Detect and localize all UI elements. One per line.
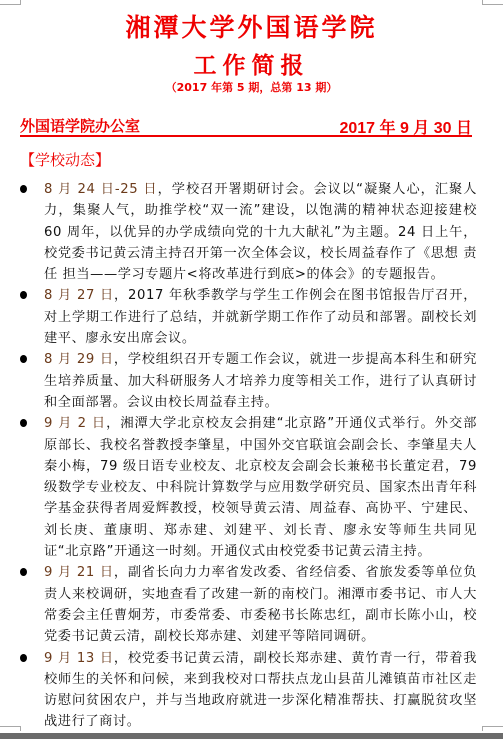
news-date: 8 月 24 日-25 日 [44, 182, 158, 197]
issuer-line: 外国语学院办公室 2017 年 9 月 30 日 [20, 113, 472, 137]
news-date: 8 月 29 日 [44, 352, 114, 367]
news-item: 8 月 24 日-25 日，学校召开署期研讨会。会议以“凝聚人心，汇聚人力，集聚… [0, 179, 503, 285]
crop-mark-top-right [482, 0, 503, 5]
news-text: ，学校召开署期研讨会。会议以“凝聚人心，汇聚人力，集聚人气，助推学校“双一流”建… [44, 182, 477, 282]
crop-mark-bottom-left [0, 726, 21, 731]
issue-number: （2017 年第 5 期，总第 13 期） [0, 79, 503, 95]
news-date: 8 月 27 日 [44, 288, 114, 303]
issuing-office: 外国语学院办公室 [20, 115, 140, 136]
news-date: 9 月 21 日 [44, 565, 114, 580]
news-item: 8 月 29 日，学校组织召开专题工作会议，就进一步提高本科生和研究生培养质量、… [0, 349, 503, 413]
bullet-icon [20, 291, 27, 299]
news-date: 9 月 2 日 [44, 416, 106, 431]
crop-mark-bottom-right [482, 726, 503, 731]
bullet-icon [20, 568, 27, 576]
section-heading: 【学校动态】 [20, 149, 110, 170]
news-item: 8 月 27 日，2017 年秋季教学与学生工作例会在图书馆报告厅召开，对上学期… [0, 285, 503, 349]
crop-mark-top-left [0, 0, 21, 5]
news-item: 9 月 21 日，副省长向力力率省发改委、省经信委、省旅发委等单位负责人来校调研… [0, 562, 503, 647]
bullet-icon [20, 185, 27, 193]
page-boundary [0, 733, 503, 739]
news-date: 9 月 13 日 [44, 651, 114, 666]
document-subtitle: 工作简报 [0, 47, 503, 80]
bullet-icon [20, 355, 27, 363]
news-item: 9 月 13 日，校党委书记黄云清，副校长郑赤建、黄竹青一行，带着我校师生的关怀… [0, 648, 503, 733]
bullet-icon [20, 419, 27, 427]
news-item: 9 月 2 日，湘潭大学北京校友会捐建“北京路”开通仪式举行。外交部原部长、我校… [0, 413, 503, 562]
document-title: 湘潭大学外国语学院 [0, 8, 503, 44]
issue-date: 2017 年 9 月 30 日 [339, 115, 472, 138]
news-list: 8 月 24 日-25 日，学校召开署期研讨会。会议以“凝聚人心，汇聚人力，集聚… [0, 179, 503, 733]
news-text: ，湘潭大学北京校友会捐建“北京路”开通仪式举行。外交部原部长、我校名誉教授李肇星… [44, 416, 477, 559]
bullet-icon [20, 654, 27, 662]
